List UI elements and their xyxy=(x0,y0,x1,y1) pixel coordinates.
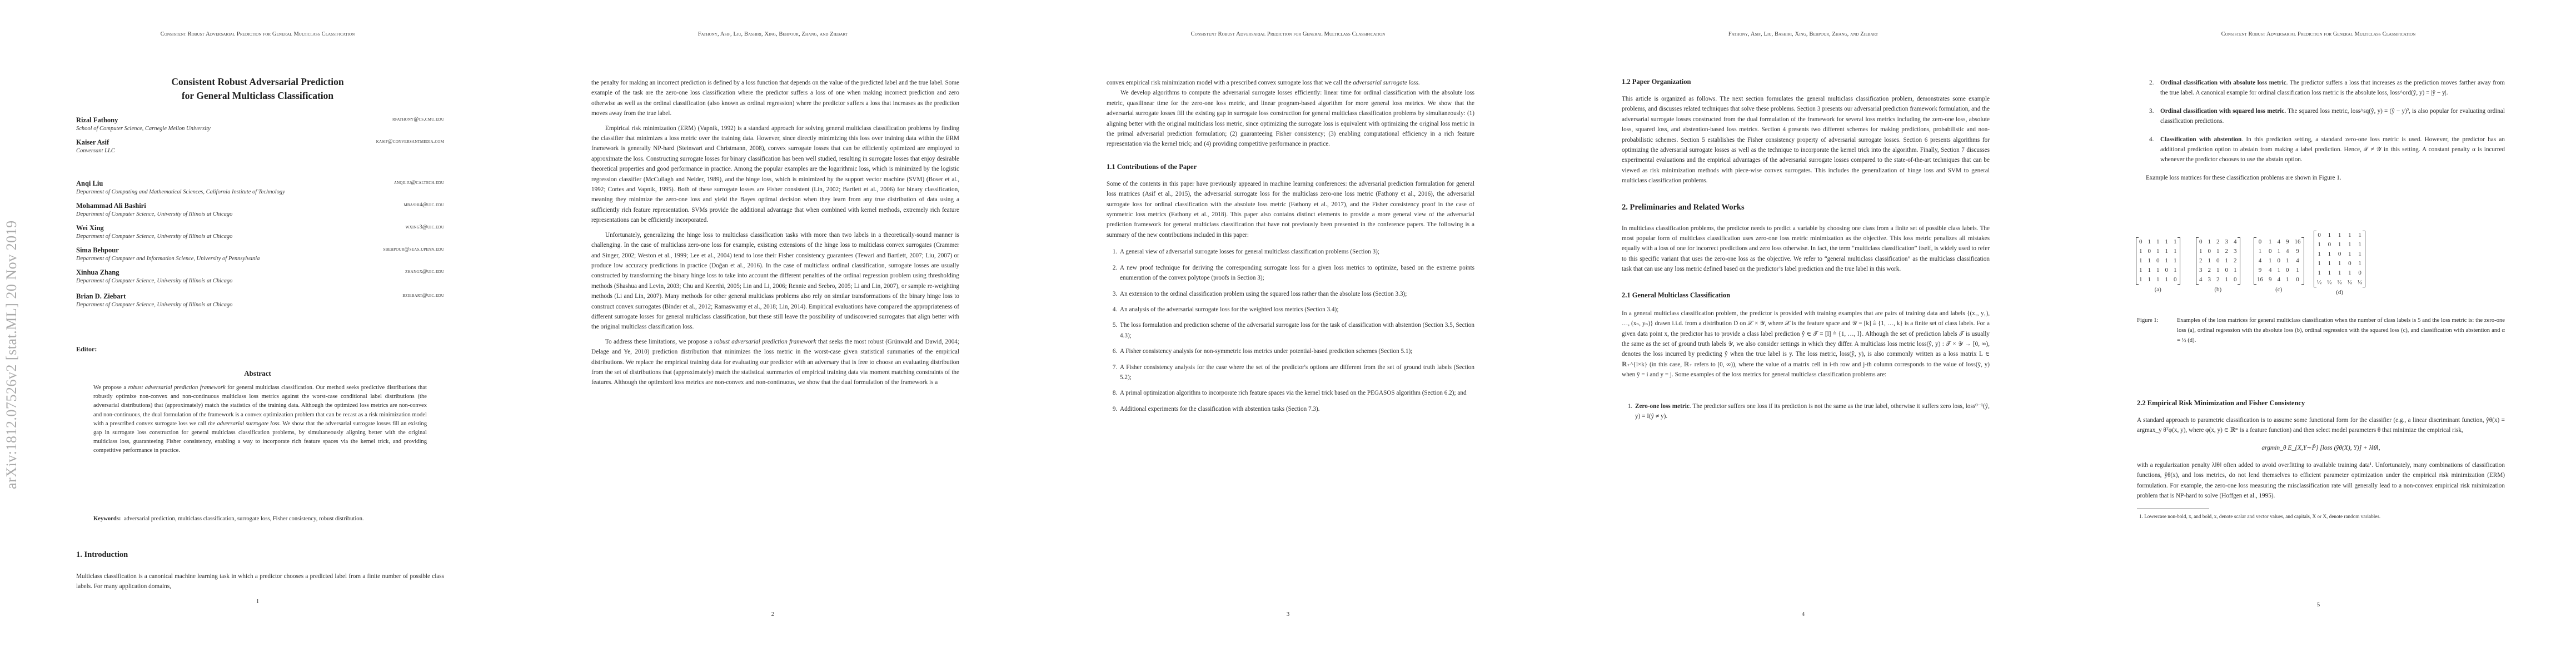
author-affiliation: Conversant LLC xyxy=(76,147,444,156)
matrix-cell: 2 xyxy=(2214,275,2223,285)
matrix-cell: 1 xyxy=(2171,237,2180,247)
matrix-cell: 1 xyxy=(2266,256,2275,266)
paragraph: A standard approach to parametric classi… xyxy=(2137,415,2505,436)
matrix-cell: 0 xyxy=(2171,275,2180,285)
running-head: Fathony, Asif, Liu, Bashiri, Xing, Behpo… xyxy=(1546,31,2061,37)
caption-text: Examples of the loss matrices for genera… xyxy=(2177,316,2505,346)
matrix-cell: 0 xyxy=(2324,240,2334,250)
running-head: Consistent Robust Adversarial Prediction… xyxy=(2061,31,2576,37)
list-item: A Fisher consistency analysis for non-sy… xyxy=(1119,346,1474,356)
author-name: Brian D. Ziebart xyxy=(76,292,444,301)
matrix-cell: ½ xyxy=(2355,278,2365,287)
author-email: sbehpour@seas.upenn.edu xyxy=(383,247,444,252)
matrix-cell: ½ xyxy=(2345,278,2355,287)
footnote-rule xyxy=(2137,509,2209,509)
matrix-cell: 4 xyxy=(2275,275,2284,285)
author-name: Anqi Liu xyxy=(76,179,444,188)
paragraph: with a regularization penalty λ‖θ‖ often… xyxy=(2137,460,2505,501)
list-item: A Fisher consistency analysis for the ca… xyxy=(1119,362,1474,383)
author-name: Rizal Fathony xyxy=(76,116,444,125)
matrix-cell: 1 xyxy=(2136,275,2145,285)
list-item: A general view of adversarial surrogate … xyxy=(1119,247,1474,257)
matrix-cell: 1 xyxy=(2355,240,2365,250)
paragraph: This article is organized as follows. Th… xyxy=(1622,94,1990,186)
loss-matrix: 0111110111110111110111110½½½½½(d) xyxy=(2314,231,2365,296)
matrix-cell: 1 xyxy=(2335,231,2345,240)
matrix-cell: 3 xyxy=(2205,275,2214,285)
page-2: Fathony, Asif, Liu, Bashiri, Xing, Behpo… xyxy=(515,0,1030,667)
matrix-cell: 0 xyxy=(2283,266,2292,275)
matrix-cell: 1 xyxy=(2335,240,2345,250)
running-head: Consistent Robust Adversarial Prediction… xyxy=(0,31,515,37)
keywords: Keywords: adversarial prediction, multic… xyxy=(93,515,427,524)
page-5: Consistent Robust Adversarial Prediction… xyxy=(2061,0,2576,667)
matrix-cell: 2 xyxy=(2231,256,2240,266)
abstract-heading: Abstract xyxy=(0,369,515,378)
matrix-cell: 1 xyxy=(2355,231,2365,240)
loss-metrics-list: Zero-one loss metric. The predictor suff… xyxy=(1622,401,1990,422)
matrix-cell: 0 xyxy=(2335,250,2345,259)
section-heading: 1.2 Paper Organization xyxy=(1622,78,1990,86)
matrix-cell: 1 xyxy=(2171,266,2180,275)
matrix-cell: 0 xyxy=(2136,237,2145,247)
matrix-cell: 9 xyxy=(2292,247,2304,256)
loss-metrics-list: 2. Ordinal classification with absolute … xyxy=(2137,78,2505,165)
matrix-cell: 0 xyxy=(2275,256,2284,266)
author-email: zhangx@uic.edu xyxy=(405,269,444,275)
paragraph: In a general multiclass classification p… xyxy=(1622,308,1990,380)
matrix-cell: 1 xyxy=(2345,231,2355,240)
matrix-cell: 1 xyxy=(2275,266,2284,275)
matrix-cell: 0 xyxy=(2223,266,2231,275)
matrix-cell: 16 xyxy=(2292,237,2304,247)
matrix-cell: 0 xyxy=(2314,231,2324,240)
matrix-cell: 2 xyxy=(2205,266,2214,275)
page-body-lower: 2.2 Empirical Risk Minimization and Fish… xyxy=(2137,399,2505,521)
matrix-cell: 1 xyxy=(2345,240,2355,250)
footnote: 1. Lowercase non-bold, x, and bold, x, d… xyxy=(2137,512,2505,521)
matrix-cell: 0 xyxy=(2292,275,2304,285)
matrix-cell: 1 xyxy=(2254,247,2266,256)
author-affiliation: Department of Computer Science, Universi… xyxy=(76,232,444,241)
matrix-label: (d) xyxy=(2314,289,2365,296)
author-affiliation: Department of Computer Science, Universi… xyxy=(76,277,444,286)
author-email: mbashi4@uic.edu xyxy=(403,202,444,208)
list-item: The loss formulation and prediction sche… xyxy=(1119,320,1474,341)
author-block: Brian D. Ziebart bziebart@uic.edu Depart… xyxy=(76,292,444,310)
section-heading: 2.1 General Multiclass Classification xyxy=(1622,291,1990,300)
paragraph: We develop algorithms to compute the adv… xyxy=(1107,88,1474,149)
matrix-cell: 4 xyxy=(2283,247,2292,256)
list-item: 3. Ordinal classification with squared l… xyxy=(2149,106,2505,127)
author-email: rfathony@cs.cmu.edu xyxy=(392,117,444,122)
matrix-cell: 1 xyxy=(2324,231,2334,240)
matrix-cell: 1 xyxy=(2292,266,2304,275)
paragraph: Some of the contents in this paper have … xyxy=(1107,179,1474,240)
page-number: 4 xyxy=(1546,611,2061,618)
matrix-cell: 1 xyxy=(2314,259,2324,268)
author-name: Xinhua Zhang xyxy=(76,268,444,277)
matrix-cell: 0 xyxy=(2196,237,2205,247)
matrix-cell: 4 xyxy=(2275,237,2284,247)
matrix-cell: 9 xyxy=(2266,275,2275,285)
matrix-cell: 1 xyxy=(2196,247,2205,256)
matrix-cell: 3 xyxy=(2231,247,2240,256)
page-number: 2 xyxy=(515,611,1030,618)
matrix-cell: 1 xyxy=(2136,266,2145,275)
matrix-cell: 1 xyxy=(2163,247,2171,256)
body-text: Multiclass classification is a canonical… xyxy=(76,571,444,592)
author-affiliation: Department of Computer Science, Universi… xyxy=(76,210,444,219)
matrix-label: (a) xyxy=(2136,286,2180,293)
matrix-cell: 1 xyxy=(2231,266,2240,275)
matrix-cell: 0 xyxy=(2205,247,2214,256)
keywords-label: Keywords: xyxy=(93,516,121,522)
page-1: Consistent Robust Adversarial Prediction… xyxy=(0,0,515,667)
page-body: 1.2 Paper Organization This article is o… xyxy=(1622,78,1990,427)
matrix-cell: 1 xyxy=(2335,259,2345,268)
author-email: bziebart@uic.edu xyxy=(402,293,444,298)
page-3: Consistent Robust Adversarial Prediction… xyxy=(1030,0,1546,667)
matrix-cell: 0 xyxy=(2154,256,2163,266)
author-block: Wei Xing wxing3@uic.edu Department of Co… xyxy=(76,223,444,241)
author-affiliation: Department of Computing and Mathematical… xyxy=(76,188,444,197)
matrix-cell: 1 xyxy=(2171,247,2180,256)
loss-matrix: 0123410123210123210143210(b) xyxy=(2196,237,2240,293)
matrix-cell: 1 xyxy=(2324,250,2334,259)
matrix-cell: 1 xyxy=(2283,256,2292,266)
section-heading: 2.2 Empirical Risk Minimization and Fish… xyxy=(2137,399,2505,407)
page-number: 1 xyxy=(0,598,515,605)
matrix-cell: 4 xyxy=(2231,237,2240,247)
contributions-list: A general view of adversarial surrogate … xyxy=(1107,247,1474,414)
page-number: 3 xyxy=(1030,611,1546,618)
page-body: the penalty for making an incorrect pred… xyxy=(591,78,959,388)
matrix-cell: 1 xyxy=(2163,237,2171,247)
matrix-cell: ½ xyxy=(2324,278,2334,287)
matrix-cell: 1 xyxy=(2345,250,2355,259)
paragraph: Example loss matrices for these classifi… xyxy=(2137,173,2505,183)
matrix-cell: 1 xyxy=(2163,275,2171,285)
author-affiliation: Department of Computer and Information S… xyxy=(76,255,444,263)
matrix-cell: 0 xyxy=(2145,247,2154,256)
list-item: Zero-one loss metric. The predictor suff… xyxy=(1634,401,1990,422)
matrix-cell: 4 xyxy=(2196,275,2205,285)
matrix-cell: 0 xyxy=(2266,247,2275,256)
paragraph: convex empirical risk minimization model… xyxy=(1107,78,1474,88)
matrix-cell: ½ xyxy=(2314,278,2324,287)
equation-erm: argmin_θ E_{X,Y∼P̃} [loss (ŷθ(X), Y)] + … xyxy=(2137,444,2505,451)
matrix-cell: 0 xyxy=(2163,266,2171,275)
matrix-cell: 4 xyxy=(2254,256,2266,266)
matrix-cell: 1 xyxy=(2205,237,2214,247)
matrix-cell: 1 xyxy=(2145,275,2154,285)
section-heading: 1. Introduction xyxy=(76,550,444,560)
matrix-cell: 1 xyxy=(2223,275,2231,285)
list-item: Additional experiments for the classific… xyxy=(1119,404,1474,414)
author-email: anqiliu@caltech.edu xyxy=(394,180,444,186)
matrix-cell: 3 xyxy=(2196,266,2205,275)
author-block: Xinhua Zhang zhangx@uic.edu Department o… xyxy=(76,268,444,286)
matrix-cell: 0 xyxy=(2231,275,2240,285)
paragraph: To address these limitations, we propose… xyxy=(591,337,959,388)
matrix-cell: 2 xyxy=(2223,247,2231,256)
paragraph: Empirical risk minimization (ERM) (Vapni… xyxy=(591,123,959,226)
matrix-cell: 0 xyxy=(2345,259,2355,268)
matrix-cell: 1 xyxy=(2314,250,2324,259)
matrix-cell: 2 xyxy=(2196,256,2205,266)
author-block: Mohammad Ali Bashiri mbashi4@uic.edu Dep… xyxy=(76,201,444,219)
matrix-cell: 2 xyxy=(2214,237,2223,247)
matrix-cell: 16 xyxy=(2254,275,2266,285)
matrix-cell: 0 xyxy=(2254,237,2266,247)
matrix-cell: 1 xyxy=(2214,247,2223,256)
page-body: 2. Ordinal classification with absolute … xyxy=(2137,78,2505,183)
matrix-cell: 1 xyxy=(2223,256,2231,266)
figure-caption: Figure 1: Examples of the loss matrices … xyxy=(2137,316,2505,346)
list-item: 4. Classification with abstention. In th… xyxy=(2149,135,2505,165)
page-body: convex empirical risk minimization model… xyxy=(1107,78,1474,420)
matrix-cell: 1 xyxy=(2145,266,2154,275)
matrix-cell: 1 xyxy=(2154,247,2163,256)
list-item: A new proof technique for deriving the c… xyxy=(1119,263,1474,283)
arxiv-stamp: arXiv:1812.07526v2 [stat.ML] 20 Nov 2019 xyxy=(3,220,20,489)
matrix-label: (c) xyxy=(2254,286,2304,293)
list-item: An analysis of the adversarial surrogate… xyxy=(1119,305,1474,315)
matrix-cell: 1 xyxy=(2345,268,2355,278)
author-email: kasif@conversantmedia.com xyxy=(376,139,444,145)
matrix-cell: 1 xyxy=(2275,247,2284,256)
matrix-cell: 1 xyxy=(2205,256,2214,266)
matrix-cell: 1 xyxy=(2214,266,2223,275)
list-item: An extension to the ordinal classificati… xyxy=(1119,289,1474,299)
abstract-text: We propose a robust adversarial predicti… xyxy=(93,384,427,456)
author-block: Anqi Liu anqiliu@caltech.edu Department … xyxy=(76,179,444,197)
matrix-cell: 1 xyxy=(2335,268,2345,278)
page-4: Fathony, Asif, Liu, Bashiri, Xing, Behpo… xyxy=(1546,0,2061,667)
matrix-cell: 1 xyxy=(2163,256,2171,266)
matrix-cell: 1 xyxy=(2136,247,2145,256)
figure-1-loss-matrices: 0111110111110111110111110(a)012341012321… xyxy=(2061,231,2576,308)
list-item: A primal optimization algorithm to incor… xyxy=(1119,388,1474,398)
matrix-cell: ½ xyxy=(2335,278,2345,287)
matrix-cell: 1 xyxy=(2266,237,2275,247)
matrix-cell: 1 xyxy=(2171,256,2180,266)
matrix-cell: 1 xyxy=(2145,237,2154,247)
section-heading: 2. Preliminaries and Related Works xyxy=(1622,203,1990,212)
running-head: Consistent Robust Adversarial Prediction… xyxy=(1030,31,1546,37)
author-email: wxing3@uic.edu xyxy=(406,225,444,230)
matrix-cell: 1 xyxy=(2314,268,2324,278)
loss-matrix: 014916101494101494101169410(c) xyxy=(2254,237,2304,293)
matrix-cell: 4 xyxy=(2266,266,2275,275)
running-head: Fathony, Asif, Liu, Bashiri, Xing, Behpo… xyxy=(515,31,1030,37)
matrix-cell: 9 xyxy=(2254,266,2266,275)
author-block: Kaiser Asif kasif@conversantmedia.com Co… xyxy=(76,138,444,156)
editor-label: Editor: xyxy=(76,345,444,354)
matrix-cell: 1 xyxy=(2154,266,2163,275)
paragraph: the penalty for making an incorrect pred… xyxy=(591,78,959,119)
matrix-cell: 0 xyxy=(2355,268,2365,278)
matrix-cell: 1 xyxy=(2355,259,2365,268)
author-affiliation: School of Computer Science, Carnegie Mel… xyxy=(76,125,444,133)
matrix-cell: 1 xyxy=(2283,275,2292,285)
list-item: 2. Ordinal classification with absolute … xyxy=(2149,78,2505,98)
matrix-cell: 3 xyxy=(2223,237,2231,247)
caption-label: Figure 1: xyxy=(2137,316,2177,326)
matrix-cell: 1 xyxy=(2136,256,2145,266)
matrix-cell: 1 xyxy=(2314,240,2324,250)
section-heading: 1.1 Contributions of the Paper xyxy=(1107,163,1474,171)
matrix-cell: 4 xyxy=(2292,256,2304,266)
matrix-label: (b) xyxy=(2196,286,2240,293)
author-block: Sima Behpour sbehpour@seas.upenn.edu Dep… xyxy=(76,246,444,263)
matrix-cell: 1 xyxy=(2154,275,2163,285)
author-name: Mohammad Ali Bashiri xyxy=(76,201,444,210)
matrix-cell: 9 xyxy=(2283,237,2292,247)
author-affiliation: Department of Computer Science, Universi… xyxy=(76,301,444,310)
matrix-cell: 0 xyxy=(2214,256,2223,266)
loss-matrix: 0111110111110111110111110(a) xyxy=(2136,237,2180,293)
matrix-cell: 1 xyxy=(2324,259,2334,268)
author-block: Rizal Fathony rfathony@cs.cmu.edu School… xyxy=(76,116,444,133)
matrix-cell: 1 xyxy=(2145,256,2154,266)
matrix-cell: 1 xyxy=(2154,237,2163,247)
matrix-cell: 1 xyxy=(2355,250,2365,259)
paragraph: Unfortunately, generalizing the hinge lo… xyxy=(591,230,959,332)
matrix-cell: 1 xyxy=(2324,268,2334,278)
paper-title: Consistent Robust Adversarial Prediction… xyxy=(0,75,515,103)
page-number: 5 xyxy=(2061,601,2576,608)
paragraph: In multiclass classification problems, t… xyxy=(1622,223,1990,275)
author-name: Wei Xing xyxy=(76,223,444,232)
